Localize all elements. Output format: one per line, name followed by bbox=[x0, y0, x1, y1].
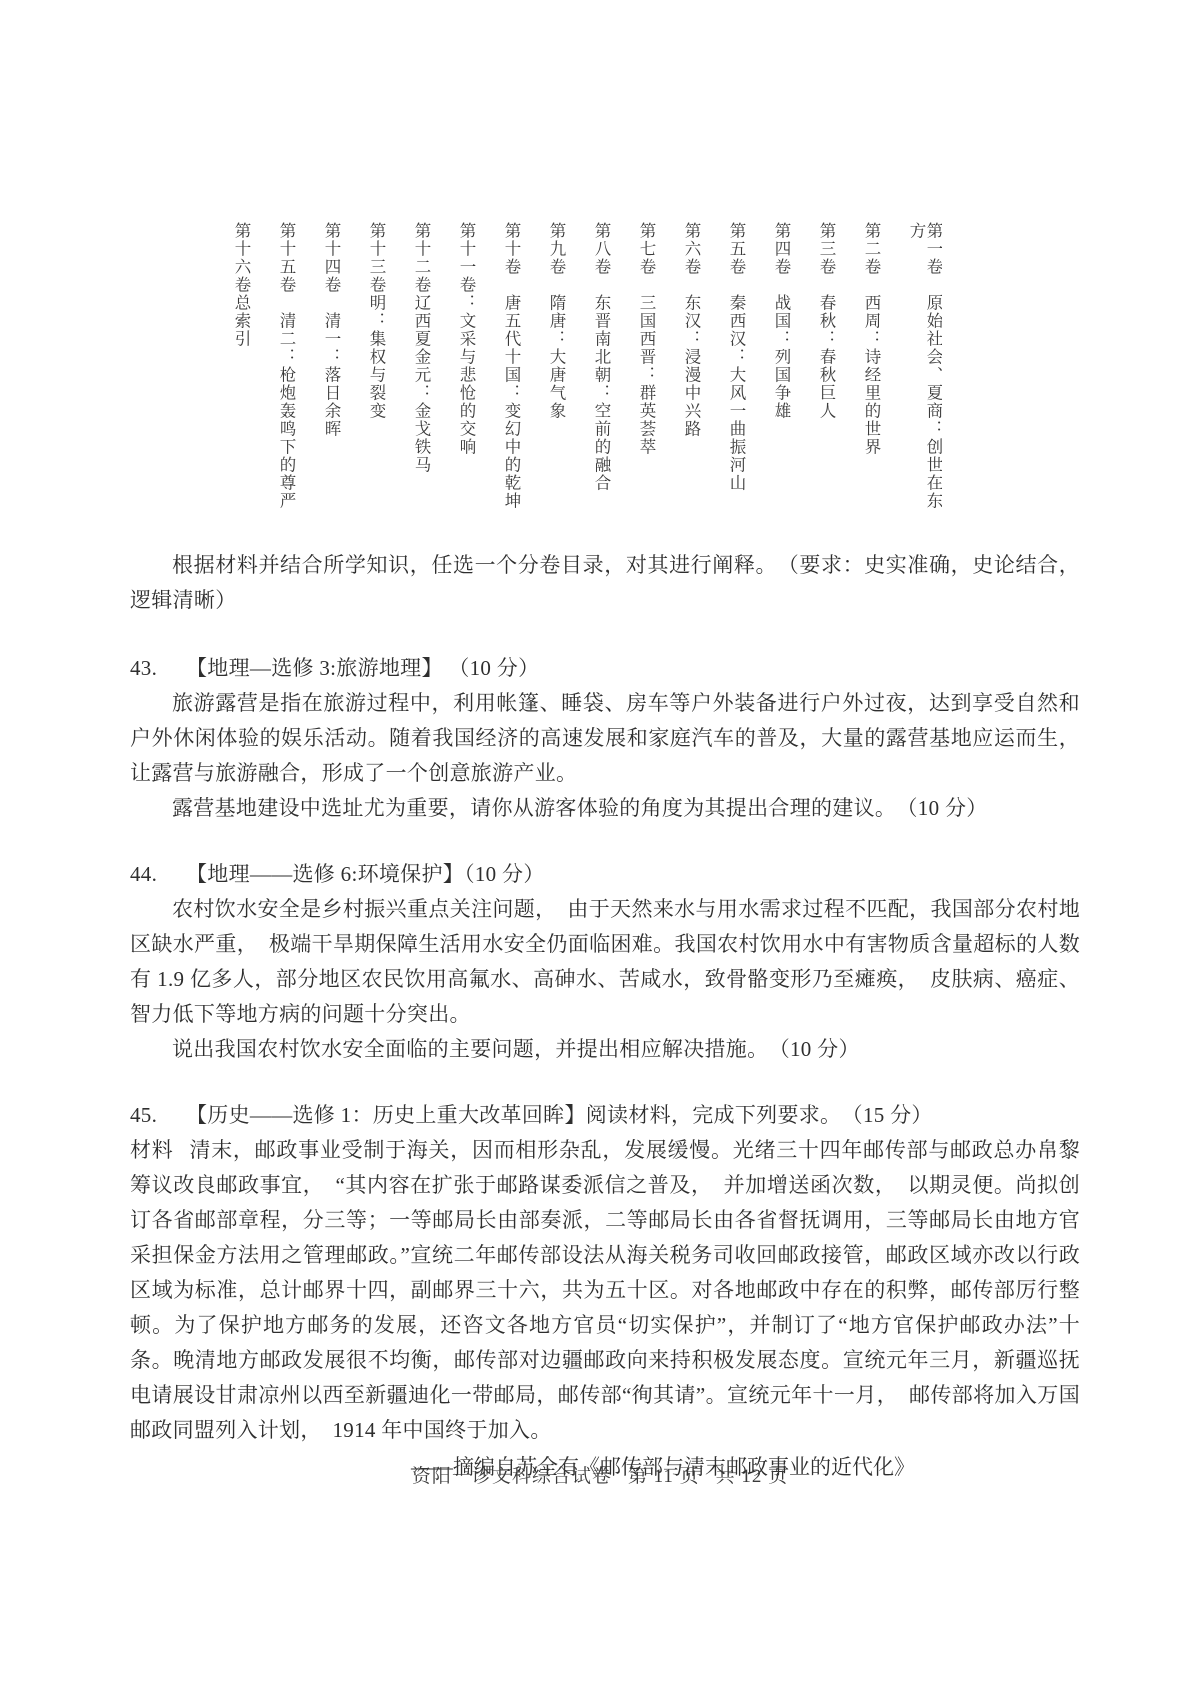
exam-paper-page: 第一卷 原始社会、夏商：创世在东方 第二卷 西周：诗经里的世界 第三卷 春秋：春… bbox=[0, 0, 1200, 1697]
question-44-heading: 44.【地理——选修 6:环境保护】（10 分） bbox=[130, 857, 1080, 892]
question-43-heading: 43.【地理—选修 3:旅游地理】 （10 分） bbox=[130, 651, 1080, 686]
material-label: 材料 bbox=[130, 1138, 173, 1162]
page-content: 第一卷 原始社会、夏商：创世在东方 第二卷 西周：诗经里的世界 第三卷 春秋：春… bbox=[0, 222, 1200, 1485]
volume-toc: 第一卷 原始社会、夏商：创世在东方 第二卷 西周：诗经里的世界 第三卷 春秋：春… bbox=[228, 222, 942, 514]
toc-volume-15: 第十五卷 清二：枪炮轰鸣下的尊严 bbox=[278, 222, 295, 514]
question-44-task: 说出我国农村饮水安全面临的主要问题，并提出相应解决措施。 （10 分） bbox=[130, 1032, 1080, 1067]
toc-volume-8: 第八卷 东晋南北朝：空前的融合 bbox=[593, 222, 610, 514]
question-44-paragraph-1: 农村饮水安全是乡村振兴重点关注问题， 由于天然来水与用水需求过程不匹配，我国部分… bbox=[130, 892, 1080, 1032]
toc-volume-10: 第十卷 唐五代十国：变幻中的乾坤 bbox=[503, 222, 520, 514]
toc-volume-12: 第十二卷辽西夏金元：金戈铁马 bbox=[413, 222, 430, 514]
toc-volume-9: 第九卷 隋唐：大唐气象 bbox=[548, 222, 565, 514]
question-45-number: 45. bbox=[130, 1098, 186, 1133]
toc-volume-1: 第一卷 原始社会、夏商：创世在东方 bbox=[908, 222, 942, 514]
toc-volume-14: 第十四卷 清一：落日余晖 bbox=[323, 222, 340, 514]
toc-volume-16: 第十六卷总索引 bbox=[233, 222, 250, 514]
footer-page-number: 第 11 页 bbox=[628, 1466, 700, 1487]
question-43-title: 【地理—选修 3:旅游地理】 （10 分） bbox=[186, 656, 539, 680]
question-44-number: 44. bbox=[130, 857, 186, 892]
toc-volume-3: 第三卷 春秋：春秋巨人 bbox=[818, 222, 835, 514]
question-45-heading: 45.【历史——选修 1：历史上重大改革回眸】阅读材料，完成下列要求。 （15 … bbox=[130, 1098, 1080, 1133]
toc-volume-2: 第二卷 西周：诗经里的世界 bbox=[863, 222, 880, 514]
question-45-title: 【历史——选修 1：历史上重大改革回眸】阅读材料，完成下列要求。 （15 分） bbox=[186, 1103, 933, 1127]
toc-volume-13: 第十三卷明：集权与裂变 bbox=[368, 222, 385, 514]
material-text: 清末，邮政事业受制于海关，因而相形杂乱，发展缓慢。光绪三十四年邮传部与邮政总办帛… bbox=[130, 1138, 1080, 1442]
question-43-number: 43. bbox=[130, 651, 186, 686]
toc-volume-6: 第六卷 东汉：浸漫中兴路 bbox=[683, 222, 700, 514]
toc-volume-5: 第五卷 秦西汉：大风一曲振河山 bbox=[728, 222, 745, 514]
instruction-paragraph: 根据材料并结合所学知识，任选一个分卷目录，对其进行阐释。 （要求：史实准确，史论… bbox=[130, 548, 1080, 618]
toc-volume-11: 第十一卷：文采与悲怆的交响 bbox=[458, 222, 475, 514]
toc-volume-4: 第四卷 战国：列国争雄 bbox=[773, 222, 790, 514]
question-43-task: 露营基地建设中选址尤为重要，请你从游客体验的角度为其提出合理的建议。 （10 分… bbox=[130, 791, 1080, 826]
footer-page-total: 共 12 页 bbox=[716, 1466, 789, 1487]
toc-volume-7: 第七卷 三国西晋：群英荟萃 bbox=[638, 222, 655, 514]
question-45-material: 材料清末，邮政事业受制于海关，因而相形杂乱，发展缓慢。光绪三十四年邮传部与邮政总… bbox=[130, 1133, 1080, 1448]
footer-exam-title: 资阳一诊文科综合试卷 bbox=[412, 1466, 612, 1487]
question-44-title: 【地理——选修 6:环境保护】（10 分） bbox=[186, 862, 545, 886]
question-43-paragraph-1: 旅游露营是指在旅游过程中，利用帐篷、睡袋、房车等户外装备进行户外过夜，达到享受自… bbox=[130, 686, 1080, 791]
page-footer: 资阳一诊文科综合试卷第 11 页共 12 页 bbox=[0, 1461, 1200, 1488]
